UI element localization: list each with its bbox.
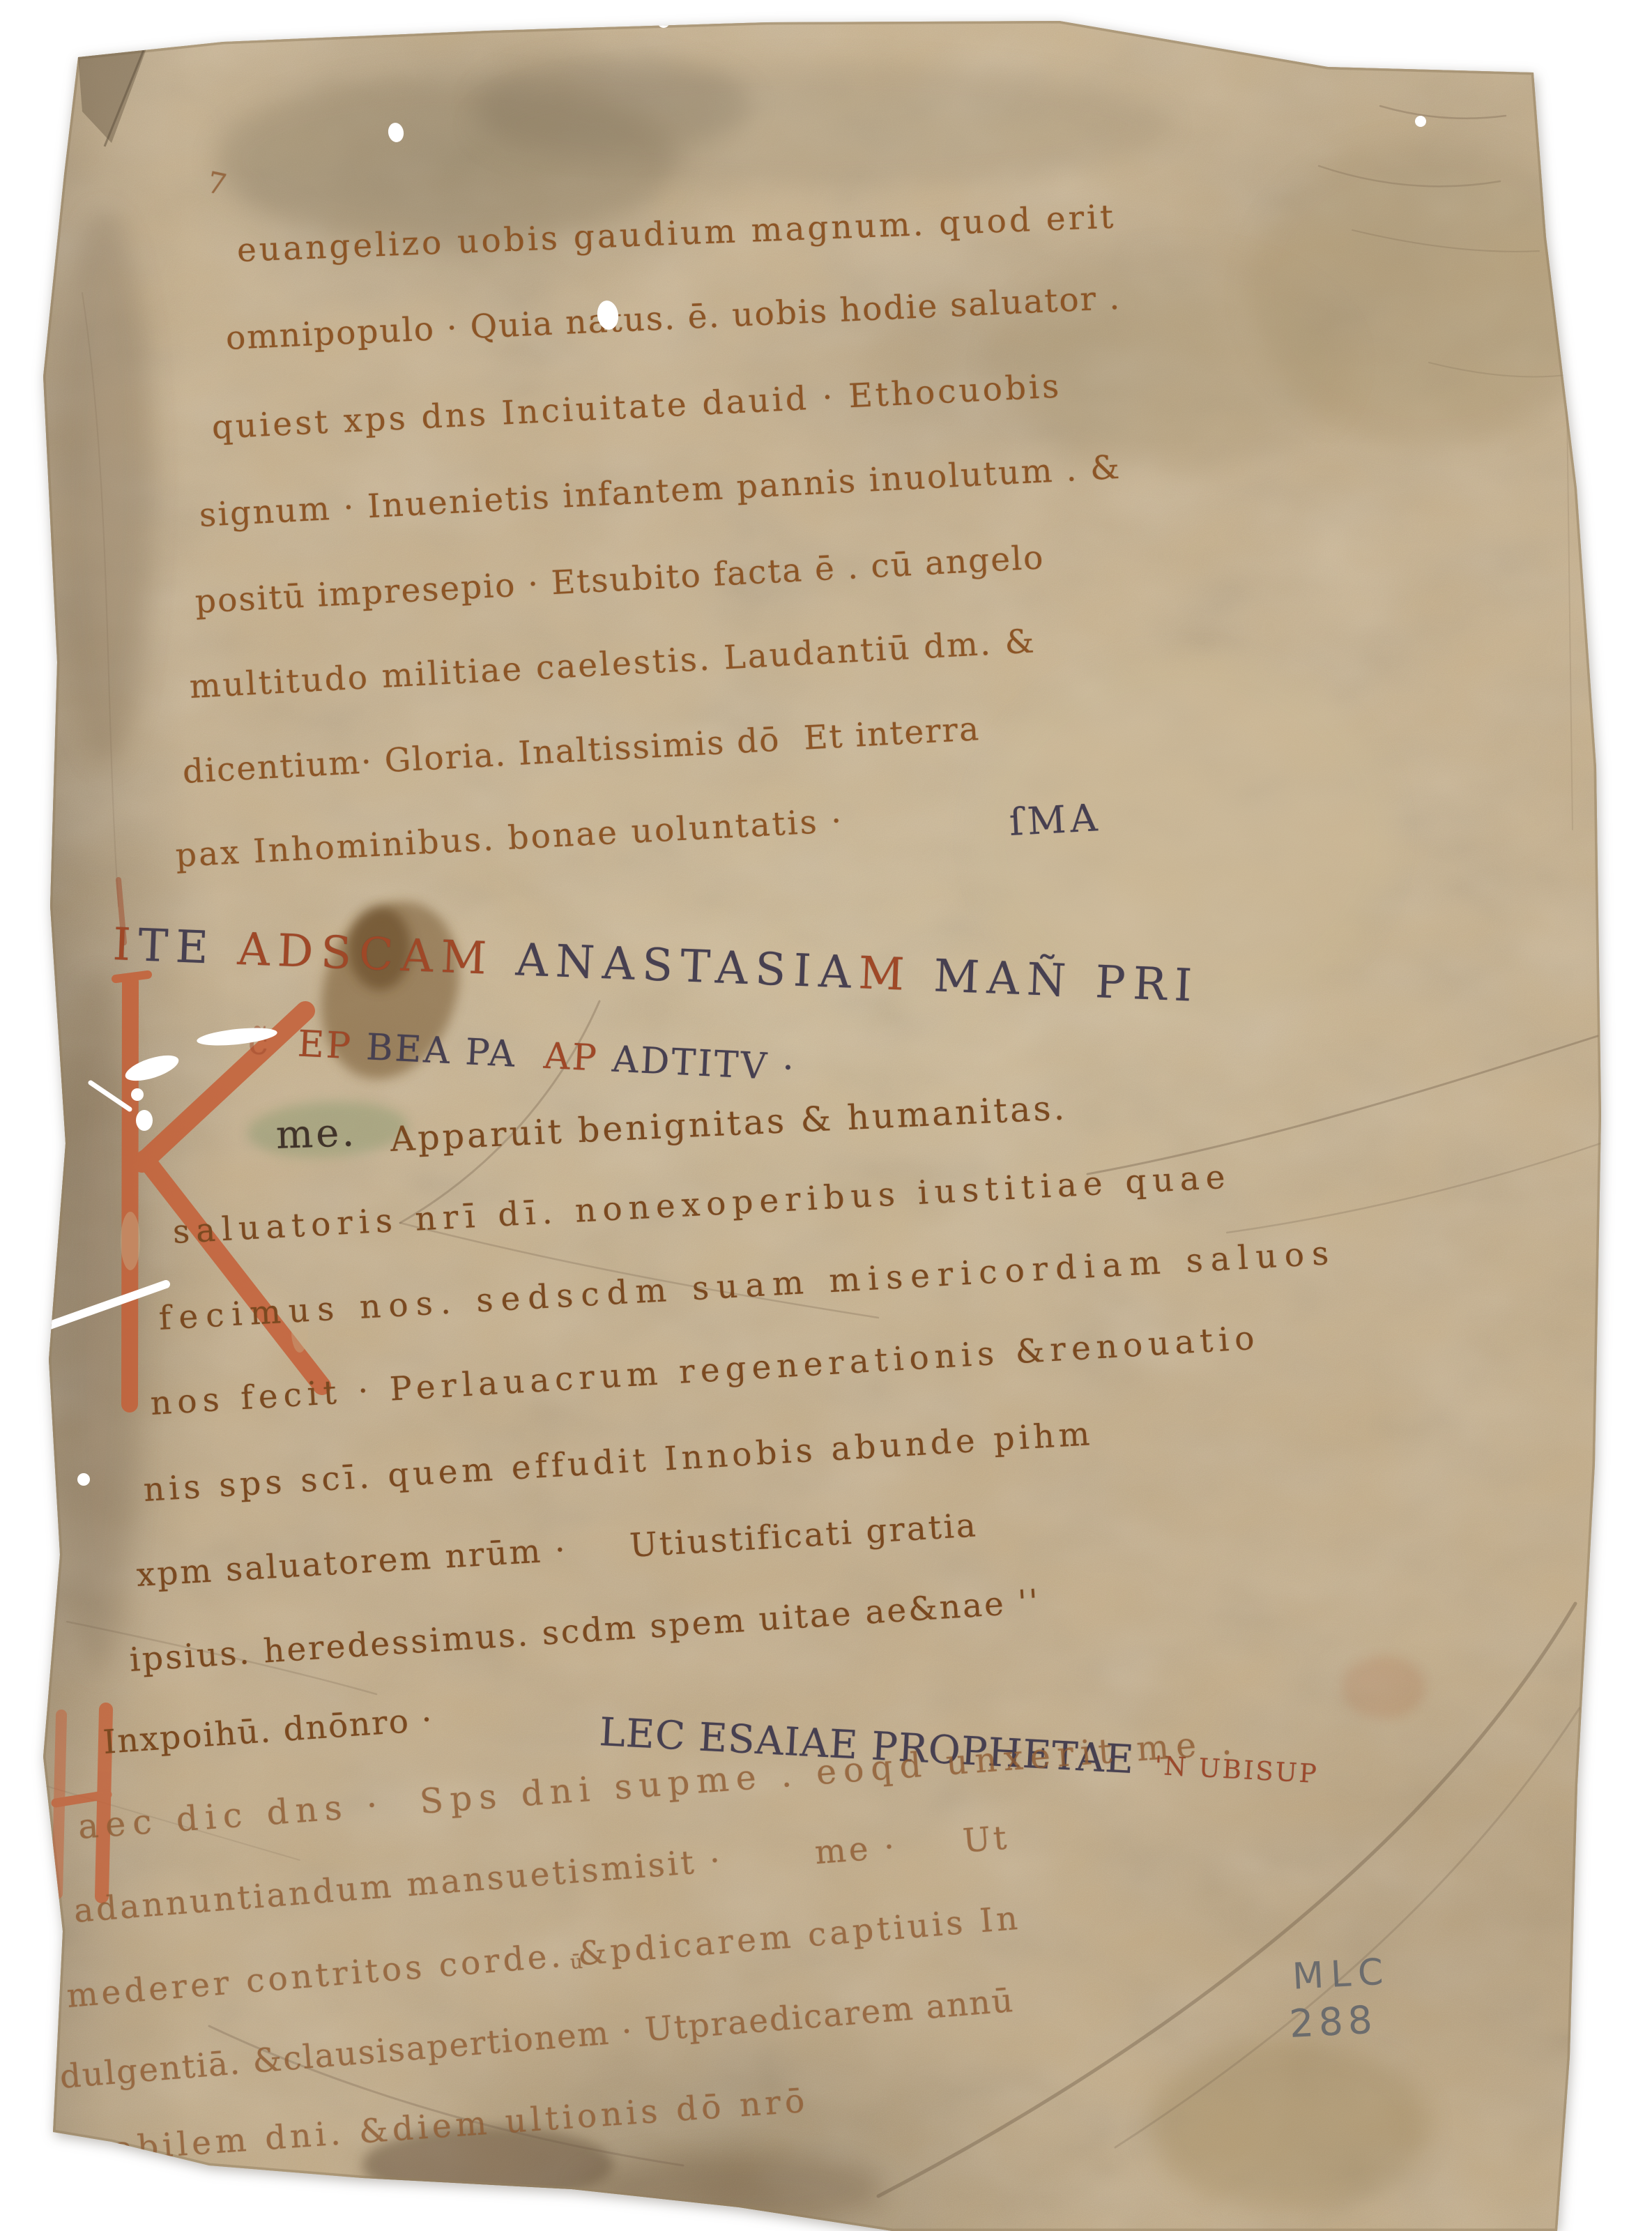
manuscript-line-l14: nos fecit · Perlauacrum regenerationis &… [149, 1319, 1261, 1423]
manuscript-line-l16: xpm saluatorem nrūm · Utiustificati grat… [135, 1506, 979, 1594]
line-segment: AP [543, 1035, 613, 1081]
line-segment: me. [275, 1110, 358, 1158]
line-segment: EP [297, 1023, 367, 1069]
manuscript-line-l3: quiest xps dns Inciuitate dauid · Ethocu… [211, 367, 1063, 447]
line-segment: pax Inhominibus. bonae uoluntatis · [175, 802, 845, 875]
manuscript-line-rubric-epistle: c̃ EP BEA PA AP ADTITV · [247, 1021, 797, 1089]
manuscript-line-l15: nis sps scī. quem effudit Innobis abunde… [142, 1415, 1094, 1509]
leaf-wrap: MLC 288 7euangelizo uobis gaudium magnum… [0, 0, 1652, 2231]
edge-notch [696, 10, 706, 23]
manuscript-line-l11a: me. [275, 1110, 358, 1158]
line-segment: multitudo militiae caelestis. Laudantiū … [189, 622, 1037, 706]
line-segment: xpm saluatorem nrūm · Utiustificati grat… [135, 1506, 979, 1594]
manuscript-line-l4: signum · Inuenietis infantem pannis inuo… [199, 448, 1122, 535]
line-segment: MAÑ PRI [933, 950, 1200, 1012]
manuscript-line-l5: positū impresepio · Etsubito facta ē . c… [194, 538, 1046, 621]
line-segment: TE [137, 920, 238, 975]
manuscript-line-l8: pax Inhominibus. bonae uoluntatis · [175, 802, 845, 875]
line-segment: M [857, 947, 935, 1002]
line-segment: c̃ [247, 1021, 299, 1065]
line-segment: nis sps scī. quem effudit Innobis abunde… [142, 1415, 1094, 1509]
line-segment: ipsius. heredessimus. scdm spem uitae ae… [128, 1583, 1041, 1680]
line-segment: dicentium· Gloria. Inaltissimis dō Et in… [182, 710, 981, 791]
line-segment: saluatoris nrī dī. nonexoperibus iustiti… [172, 1157, 1232, 1251]
manuscript-line-quire-mark: 7 [204, 165, 229, 202]
line-segment: I [112, 919, 139, 971]
pencil-shelfmark: MLC 288 [1292, 1949, 1394, 2048]
line-segment: euangelizo uobis gaudium magnum. quod er… [236, 198, 1117, 270]
line-segment: quiest xps dns Inciuitate dauid · Ethocu… [211, 367, 1063, 447]
line-segment: 7 [204, 165, 229, 202]
line-segment: signum · Inuenietis infantem pannis inuo… [199, 448, 1122, 535]
line-segment: omnipopulo · Quia natus. ē. uobis hodie … [225, 279, 1122, 358]
line-segment: nos fecit · Perlauacrum regenerationis &… [149, 1319, 1261, 1423]
manuscript-line-l2: omnipopulo · Quia natus. ē. uobis hodie … [225, 279, 1122, 358]
manuscript-line-rubric-station: ITE ADSCAM ANASTASIAM MAÑ PRI [112, 919, 1201, 1012]
manuscript-line-l17: ipsius. heredessimus. scdm spem uitae ae… [128, 1583, 1041, 1680]
manuscript-line-l1: euangelizo uobis gaudium magnum. quod er… [236, 198, 1117, 270]
line-segment: ADSCAM [236, 924, 517, 986]
manuscript-line-l11b: Apparuit benignitas & humanitas. [390, 1088, 1069, 1159]
line-segment: ADTITV · [611, 1039, 797, 1090]
manuscript-line-l7: dicentium· Gloria. Inaltissimis dō Et in… [182, 710, 981, 791]
manuscript-line-l12: saluatoris nrī dī. nonexoperibus iustiti… [172, 1157, 1232, 1251]
line-segment: ſMA [1008, 795, 1102, 844]
line-segment: BEA [365, 1026, 466, 1073]
manuscript-line-l8b: ſMA [1008, 795, 1102, 844]
line-segment: PA [464, 1031, 545, 1076]
line-segment: placabilem dni. &diem ultionis dō nrō [26, 2082, 810, 2175]
manuscript-line-l6: multitudo militiae caelestis. Laudantiū … [189, 622, 1037, 706]
shelfmark-letters: MLC [1292, 1949, 1391, 2000]
manuscript-line-l18a: Inxpoihū. dnōnro · [102, 1700, 434, 1762]
line-segment: Apparuit benignitas & humanitas. [390, 1088, 1069, 1159]
line-segment: fecimus nos. sedscdm suam misericordiam … [158, 1234, 1337, 1338]
manuscript-line-l13: fecimus nos. sedscdm suam misericordiam … [158, 1234, 1337, 1338]
line-segment: ANASTASIA [515, 934, 860, 999]
scan-canvas: MLC 288 7euangelizo uobis gaudium magnum… [0, 0, 1652, 2231]
manuscript-line-l23: placabilem dni. &diem ultionis dō nrō [26, 2082, 810, 2175]
parchment-leaf: MLC 288 7euangelizo uobis gaudium magnum… [0, 0, 1652, 2231]
shelfmark-number: 288 [1288, 1995, 1394, 2048]
line-segment: positū impresepio · Etsubito facta ē . c… [194, 538, 1046, 621]
text-layer: MLC 288 7euangelizo uobis gaudium magnum… [0, 0, 1652, 2231]
line-segment: Inxpoihū. dnōnro · [102, 1700, 434, 1762]
